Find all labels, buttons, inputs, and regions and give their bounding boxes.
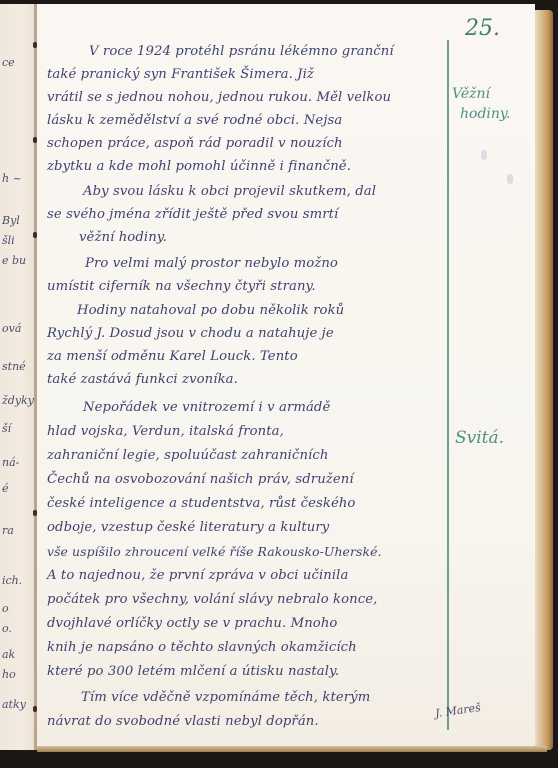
text-line: návrat do svobodné vlasti nebyl dopřán. bbox=[47, 714, 319, 729]
previous-page-edge: ce h ~ Byl šli e bu ová stné ždyky ší ná… bbox=[0, 4, 36, 750]
body-text: V roce 1924 protéhl psránu lékémno granč… bbox=[47, 4, 447, 746]
text-line: Aby svou lásku k obci projevil skutkem, … bbox=[83, 184, 376, 199]
text-line: vrátil se s jednou nohou, jednou rukou. … bbox=[47, 90, 391, 105]
margin-note-vezni-hodiny: Věžní hodiny. bbox=[452, 84, 510, 124]
prev-page-fragment: ra bbox=[2, 524, 14, 537]
prev-page-fragment: ich. bbox=[2, 574, 22, 587]
margin-rule bbox=[447, 40, 449, 730]
text-line: české inteligence a studentstva, růst če… bbox=[47, 496, 355, 511]
text-line: Rychlý J. Dosud jsou v chodu a natahuje … bbox=[47, 326, 334, 341]
text-line: schopen práce, aspoň rád poradil v nouzí… bbox=[47, 136, 343, 151]
text-line: lásku k zemědělství a své rodné obci. Ne… bbox=[47, 113, 342, 128]
text-line: které po 300 letém mlčení a útisku nasta… bbox=[47, 664, 339, 679]
ink-smudge bbox=[481, 150, 487, 160]
prev-page-fragment: o. bbox=[2, 622, 12, 635]
text-line: zahraniční legie, spoluúčast zahraničníc… bbox=[47, 448, 328, 463]
margin-note-line: Svitá. bbox=[455, 428, 504, 448]
text-line: za menší odměnu Karel Louck. Tento bbox=[47, 349, 298, 364]
text-line: zbytku a kde mohl pomohl účinně i finanč… bbox=[47, 159, 351, 174]
prev-page-fragment: ová bbox=[2, 322, 21, 335]
ink-smudge bbox=[507, 174, 513, 184]
prev-page-fragment: Byl bbox=[2, 214, 20, 227]
prev-page-fragment: stné bbox=[2, 360, 26, 373]
text-line: knih je napsáno o těchto slavných okamži… bbox=[47, 640, 357, 655]
page-number: 25. bbox=[465, 16, 500, 41]
text-line: V roce 1924 protéhl psránu lékémno granč… bbox=[89, 44, 394, 59]
text-line: Hodiny natahoval po dobu několik roků bbox=[77, 303, 344, 318]
prev-page-fragment: šli bbox=[2, 234, 15, 247]
margin-note-line: hodiny. bbox=[452, 104, 510, 124]
text-line: hlad vojska, Verdun, italská fronta, bbox=[47, 424, 284, 439]
text-line: Pro velmi malý prostor nebylo možno bbox=[85, 256, 338, 271]
page-bottom-edge bbox=[37, 746, 547, 752]
text-line: také pranický syn František Šimera. Již bbox=[47, 67, 314, 82]
text-line: A to najednou, že první zpráva v obci uč… bbox=[47, 568, 348, 583]
page-stack-edge bbox=[535, 10, 553, 750]
text-line: počátek pro všechny, volání slávy nebral… bbox=[47, 592, 377, 607]
text-line: Nepořádek ve vnitrozemí i v armádě bbox=[83, 400, 330, 415]
text-line: dvojhlavé orlíčky octly se v prachu. Mno… bbox=[47, 616, 337, 631]
prev-page-fragment: ak bbox=[2, 648, 15, 661]
prev-page-fragment: ho bbox=[2, 668, 16, 681]
prev-page-fragment: atky bbox=[2, 698, 26, 711]
prev-page-fragment: é bbox=[2, 482, 9, 495]
text-line: odboje, vzestup české literatury a kultu… bbox=[47, 520, 329, 535]
prev-page-fragment: h ~ bbox=[2, 172, 22, 185]
text-line: se svého jména zřídit ještě před svou sm… bbox=[47, 207, 338, 222]
text-line: vše uspíšilo zhroucení velké říše Rakous… bbox=[47, 544, 382, 559]
text-line: umístit ciferník na všechny čtyři strany… bbox=[47, 279, 316, 294]
prev-page-fragment: ší bbox=[2, 422, 11, 435]
chronicle-page: 25. Věžní hodiny. Svitá. V roce 1924 pro… bbox=[37, 4, 535, 746]
margin-note-svita: Svitá. bbox=[455, 428, 504, 448]
text-line: Tím více vděčně vzpomínáme těch, kterým bbox=[81, 690, 370, 705]
margin-note-line: Věžní bbox=[452, 84, 510, 104]
scanned-book-spread: ce h ~ Byl šli e bu ová stné ždyky ší ná… bbox=[0, 0, 558, 768]
text-line: Čechů na osvobozování našich práv, sdruž… bbox=[47, 472, 354, 487]
text-line: věžní hodiny. bbox=[79, 230, 167, 245]
prev-page-fragment: ná- bbox=[2, 456, 19, 469]
text-line: také zastává funkci zvoníka. bbox=[47, 372, 238, 387]
prev-page-fragment: ždyky bbox=[2, 394, 34, 407]
prev-page-fragment: e bu bbox=[2, 254, 26, 267]
prev-page-fragment: ce bbox=[2, 56, 15, 69]
prev-page-fragment: o bbox=[2, 602, 9, 615]
